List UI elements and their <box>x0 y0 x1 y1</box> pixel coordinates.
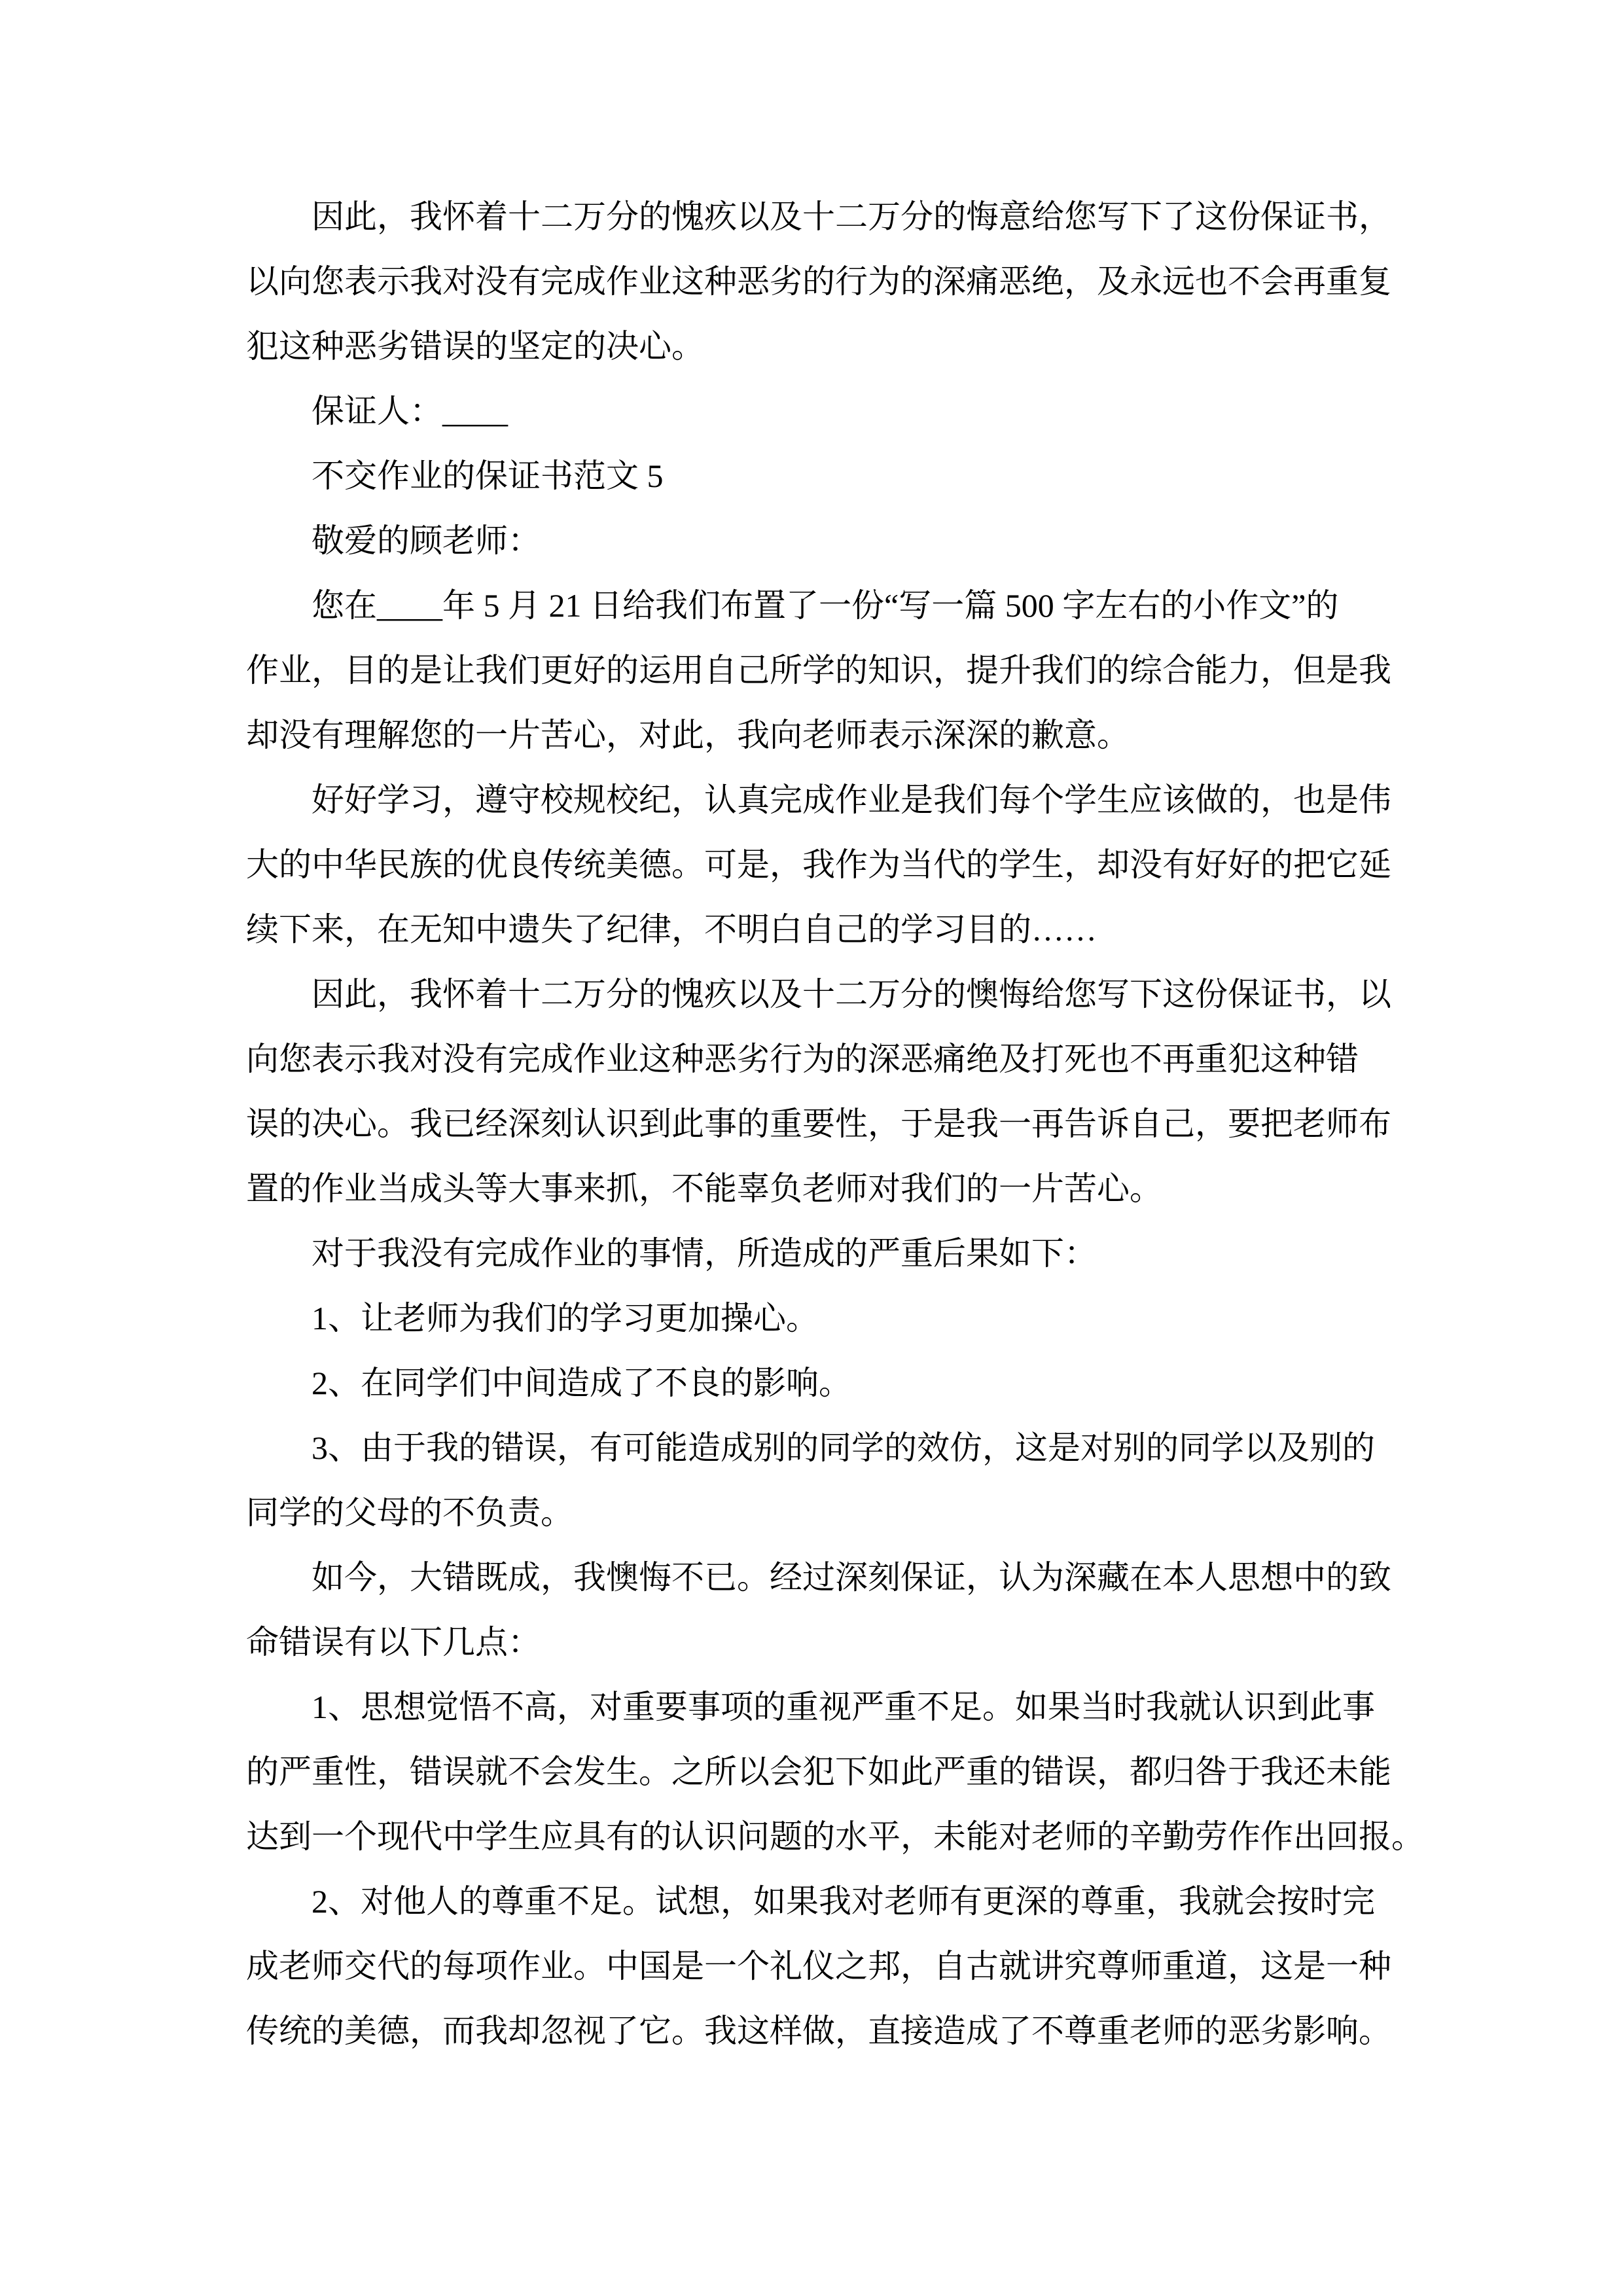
text-line: 如今，大错既成，我懊悔不已。经过深刻保证，认为深藏在本人思想中的致 <box>246 1545 1398 1610</box>
text-line: 2、对他人的尊重不足。试想，如果我对老师有更深的尊重，我就会按时完 <box>246 1869 1398 1934</box>
text-line: 的严重性，错误就不会发生。之所以会犯下如此严重的错误，都归咎于我还未能 <box>246 1740 1398 1804</box>
document-page: 因此，我怀着十二万分的愧疚以及十二万分的悔意给您写下了这份保证书，以向您表示我对… <box>0 0 1623 2296</box>
text-line: 命错误有以下几点： <box>246 1610 1398 1675</box>
text-line: 不交作业的保证书范文 5 <box>246 444 1398 509</box>
text-line: 成老师交代的每项作业。中国是一个礼仪之邦，自古就讲究尊师重道，这是一种 <box>246 1934 1398 1999</box>
text-line: 续下来，在无知中遗失了纪律，不明白自己的学习目的…… <box>246 897 1398 962</box>
text-line: 传统的美德，而我却忽视了它。我这样做，直接造成了不尊重老师的恶劣影响。 <box>246 1999 1398 2064</box>
text-line: 您在____年 5 月 21 日给我们布置了一份“写一篇 500 字左右的小作文… <box>246 573 1398 638</box>
text-line: 却没有理解您的一片苦心，对此，我向老师表示深深的歉意。 <box>246 703 1398 768</box>
text-line: 犯这种恶劣错误的坚定的决心。 <box>246 314 1398 379</box>
text-line: 置的作业当成头等大事来抓，不能辜负老师对我们的一片苦心。 <box>246 1157 1398 1221</box>
text-line: 达到一个现代中学生应具有的认识问题的水平，未能对老师的辛勤劳作作出回报。 <box>246 1804 1398 1869</box>
text-line: 1、让老师为我们的学习更加操心。 <box>246 1286 1398 1351</box>
text-line: 敬爱的顾老师： <box>246 509 1398 573</box>
text-line: 保证人：____ <box>246 379 1398 444</box>
text-line: 因此，我怀着十二万分的愧疚以及十二万分的懊悔给您写下这份保证书，以 <box>246 962 1398 1027</box>
document-body: 因此，我怀着十二万分的愧疚以及十二万分的悔意给您写下了这份保证书，以向您表示我对… <box>246 185 1398 2064</box>
text-line: 作业，目的是让我们更好的运用自己所学的知识，提升我们的综合能力，但是我 <box>246 638 1398 703</box>
text-line: 大的中华民族的优良传统美德。可是，我作为当代的学生，却没有好好的把它延 <box>246 833 1398 897</box>
text-line: 1、思想觉悟不高，对重要事项的重视严重不足。如果当时我就认识到此事 <box>246 1675 1398 1740</box>
text-line: 误的决心。我已经深刻认识到此事的重要性，于是我一再告诉自己，要把老师布 <box>246 1092 1398 1157</box>
text-line: 以向您表示我对没有完成作业这种恶劣的行为的深痛恶绝，及永远也不会再重复 <box>246 249 1398 314</box>
text-line: 2、在同学们中间造成了不良的影响。 <box>246 1351 1398 1416</box>
text-line: 向您表示我对没有完成作业这种恶劣行为的深恶痛绝及打死也不再重犯这种错 <box>246 1027 1398 1092</box>
text-line: 因此，我怀着十二万分的愧疚以及十二万分的悔意给您写下了这份保证书， <box>246 185 1398 249</box>
text-line: 对于我没有完成作业的事情，所造成的严重后果如下： <box>246 1221 1398 1286</box>
text-line: 好好学习，遵守校规校纪，认真完成作业是我们每个学生应该做的，也是伟 <box>246 768 1398 833</box>
text-line: 3、由于我的错误，有可能造成别的同学的效仿，这是对别的同学以及别的 <box>246 1416 1398 1480</box>
text-line: 同学的父母的不负责。 <box>246 1480 1398 1545</box>
